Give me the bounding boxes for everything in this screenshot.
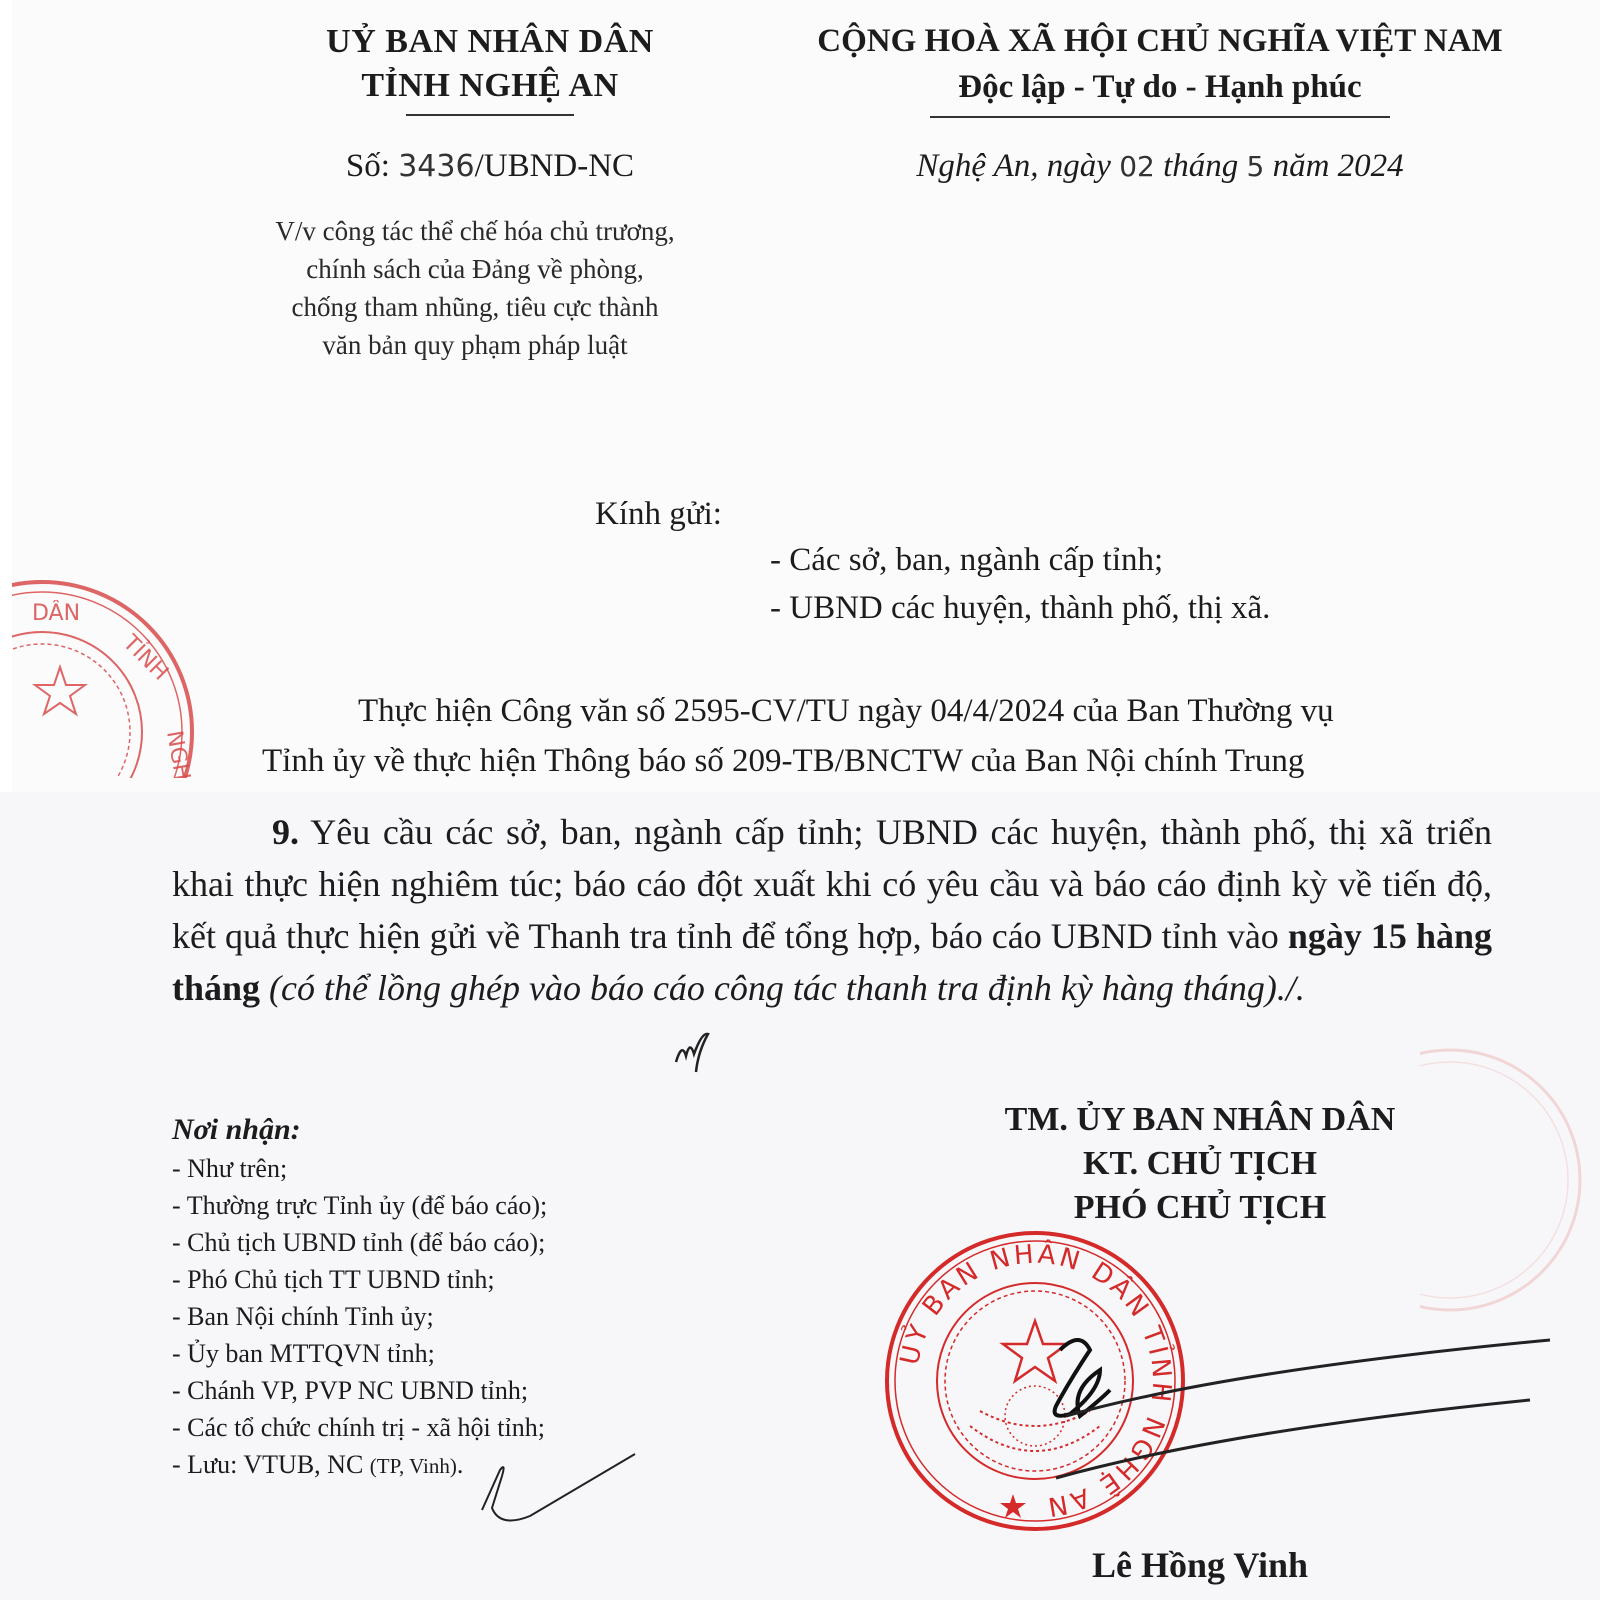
date-year: năm 2024 [1264, 148, 1403, 184]
paraph-mark-icon [470, 1450, 640, 1530]
document-subject: V/v công tác thể chế hóa chủ trương, chí… [200, 212, 750, 364]
archive-note: (TP, Vinh) [370, 1454, 457, 1478]
svg-text:NGH: NGH [161, 729, 194, 778]
doc-number-suffix: /UBND-NC [475, 148, 635, 184]
distribution-item: - Ban Nội chính Tỉnh ủy; [172, 1298, 692, 1335]
paragraph-number: 9. [272, 812, 299, 852]
signature-block: TM. ỦY BAN NHÂN DÂN KT. CHỦ TỊCH PHÓ CHỦ… [940, 1098, 1460, 1230]
faint-stamp-icon [1420, 1040, 1600, 1320]
sign-title: PHÓ CHỦ TỊCH [940, 1186, 1460, 1230]
signer-name: Lê Hồng Vinh [940, 1544, 1460, 1586]
distribution-item: - Thường trực Tỉnh ủy (để báo cáo); [172, 1187, 692, 1224]
svg-text:DÂN: DÂN [32, 600, 80, 626]
distribution-item: - Ủy ban MTTQVN tỉnh; [172, 1335, 692, 1372]
sign-authority: TM. ỦY BAN NHÂN DÂN [940, 1098, 1460, 1142]
national-motto: CỘNG HOÀ XÃ HỘI CHỦ NGHĨA VIỆT NAM Độc l… [760, 18, 1560, 118]
archive-end: . [457, 1450, 464, 1479]
distribution-item: - Chánh VP, PVP NC UBND tỉnh; [172, 1372, 692, 1409]
date-month-handwritten: 5 [1247, 150, 1265, 183]
date-month-label: tháng [1155, 148, 1247, 184]
date-prefix: Nghệ An, ngày [916, 148, 1119, 184]
paragraph-9: 9. Yêu cầu các sở, ban, ngành cấp tỉnh; … [172, 806, 1492, 1014]
recipient-item: - Các sở, ban, ngành cấp tỉnh; [770, 536, 1270, 584]
subject-line: chính sách của Đảng về phòng, [200, 250, 750, 288]
doc-number-handwritten: 3436 [398, 149, 474, 184]
page-1-excerpt [12, 0, 1600, 792]
official-stamp-partial-icon: DÂN TỈNH NGH [12, 572, 202, 778]
document-number: Số: 3436/UBND-NC [230, 148, 750, 185]
motto: Độc lập - Tự do - Hạnh phúc [760, 64, 1560, 110]
intro-line: Thực hiện Công văn số 2595-CV/TU ngày 04… [262, 686, 1502, 736]
authority-line-2: TỈNH NGHỆ AN [230, 64, 750, 108]
distribution-item: - Phó Chủ tịch TT UBND tỉnh; [172, 1261, 692, 1298]
recipient-item: - UBND các huyện, thành phố, thị xã. [770, 584, 1270, 632]
distribution-item: - Chủ tịch UBND tỉnh (để báo cáo); [172, 1224, 692, 1261]
initials-mark-icon [668, 1022, 728, 1078]
archive-label: - Lưu: VTUB, NC [172, 1450, 370, 1479]
nation-name: CỘNG HOÀ XÃ HỘI CHỦ NGHĨA VIỆT NAM [760, 18, 1560, 64]
distribution-list: Nơi nhận: - Như trên; - Thường trực Tỉnh… [172, 1110, 692, 1485]
doc-number-prefix: Số: [346, 148, 398, 184]
sign-on-behalf: KT. CHỦ TỊCH [940, 1142, 1460, 1186]
motto-underline [930, 116, 1390, 118]
handwritten-signature-icon [1030, 1330, 1570, 1490]
subject-line: văn bản quy phạm pháp luật [200, 326, 750, 364]
paragraph-note: (có thể lồng ghép vào báo cáo công tác t… [260, 968, 1305, 1008]
subject-line: V/v công tác thể chế hóa chủ trương, [200, 212, 750, 250]
distribution-title: Nơi nhận: [172, 1110, 692, 1150]
issuing-authority: UỶ BAN NHÂN DÂN TỈNH NGHỆ AN [230, 20, 750, 116]
intro-paragraph: Thực hiện Công văn số 2595-CV/TU ngày 04… [262, 686, 1502, 786]
intro-line: Tỉnh ủy về thực hiện Thông báo số 209-TB… [262, 736, 1502, 786]
distribution-item: - Như trên; [172, 1150, 692, 1187]
subject-line: chống tham nhũng, tiêu cực thành [200, 288, 750, 326]
place-and-date: Nghệ An, ngày 02 tháng 5 năm 2024 [760, 148, 1560, 185]
authority-underline [406, 114, 574, 116]
recipients-label: Kính gửi: [595, 496, 722, 533]
date-day-handwritten: 02 [1119, 150, 1155, 183]
recipients-list: - Các sở, ban, ngành cấp tỉnh; - UBND cá… [770, 536, 1270, 632]
authority-line-1: UỶ BAN NHÂN DÂN [230, 20, 750, 64]
distribution-item: - Các tổ chức chính trị - xã hội tỉnh; [172, 1409, 692, 1446]
